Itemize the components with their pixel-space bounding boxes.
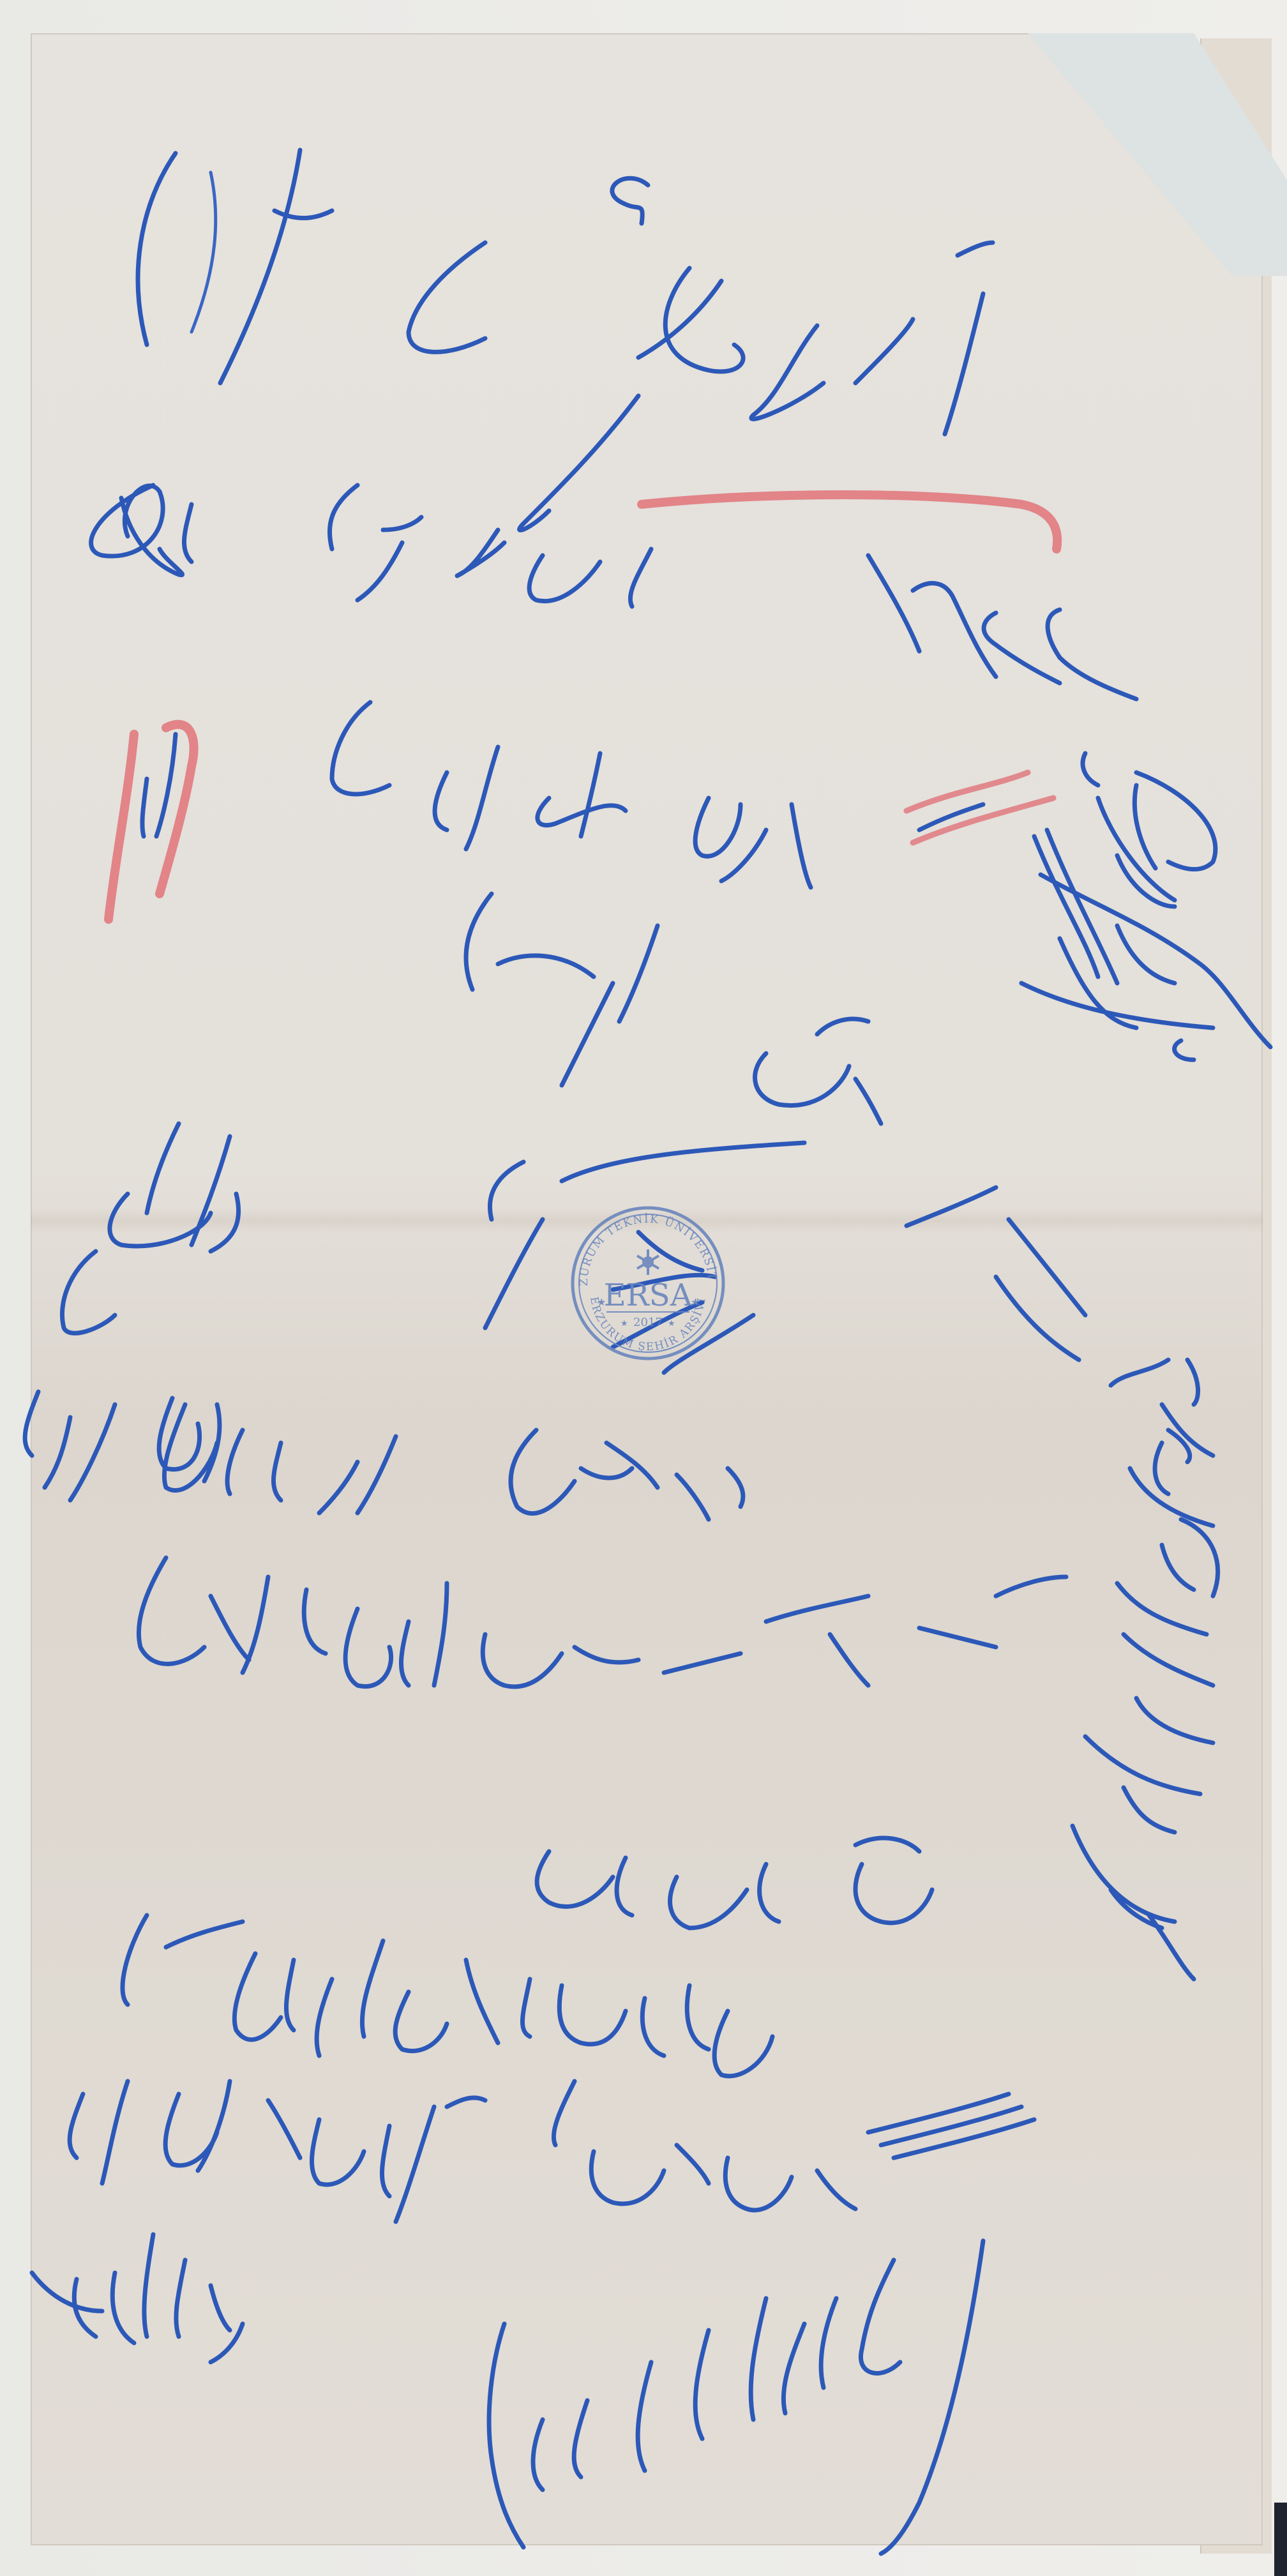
stamp-center-text: ERSA — [604, 1277, 693, 1313]
star-icon: ★ — [668, 1319, 675, 1329]
stroke-paren — [220, 150, 300, 383]
archive-stamp: ERZURUM TEKNİK ÜNİVERSİTESİ ERZURUM ŞEHİ… — [568, 1203, 728, 1363]
stamp-year: 2017 — [633, 1316, 663, 1329]
star-icon: ★ — [691, 1296, 700, 1308]
star-icon: ★ — [621, 1319, 628, 1329]
snowflake-emblem-icon — [637, 1249, 659, 1275]
star-icon: ★ — [597, 1296, 606, 1308]
stroke-paren — [138, 153, 176, 345]
